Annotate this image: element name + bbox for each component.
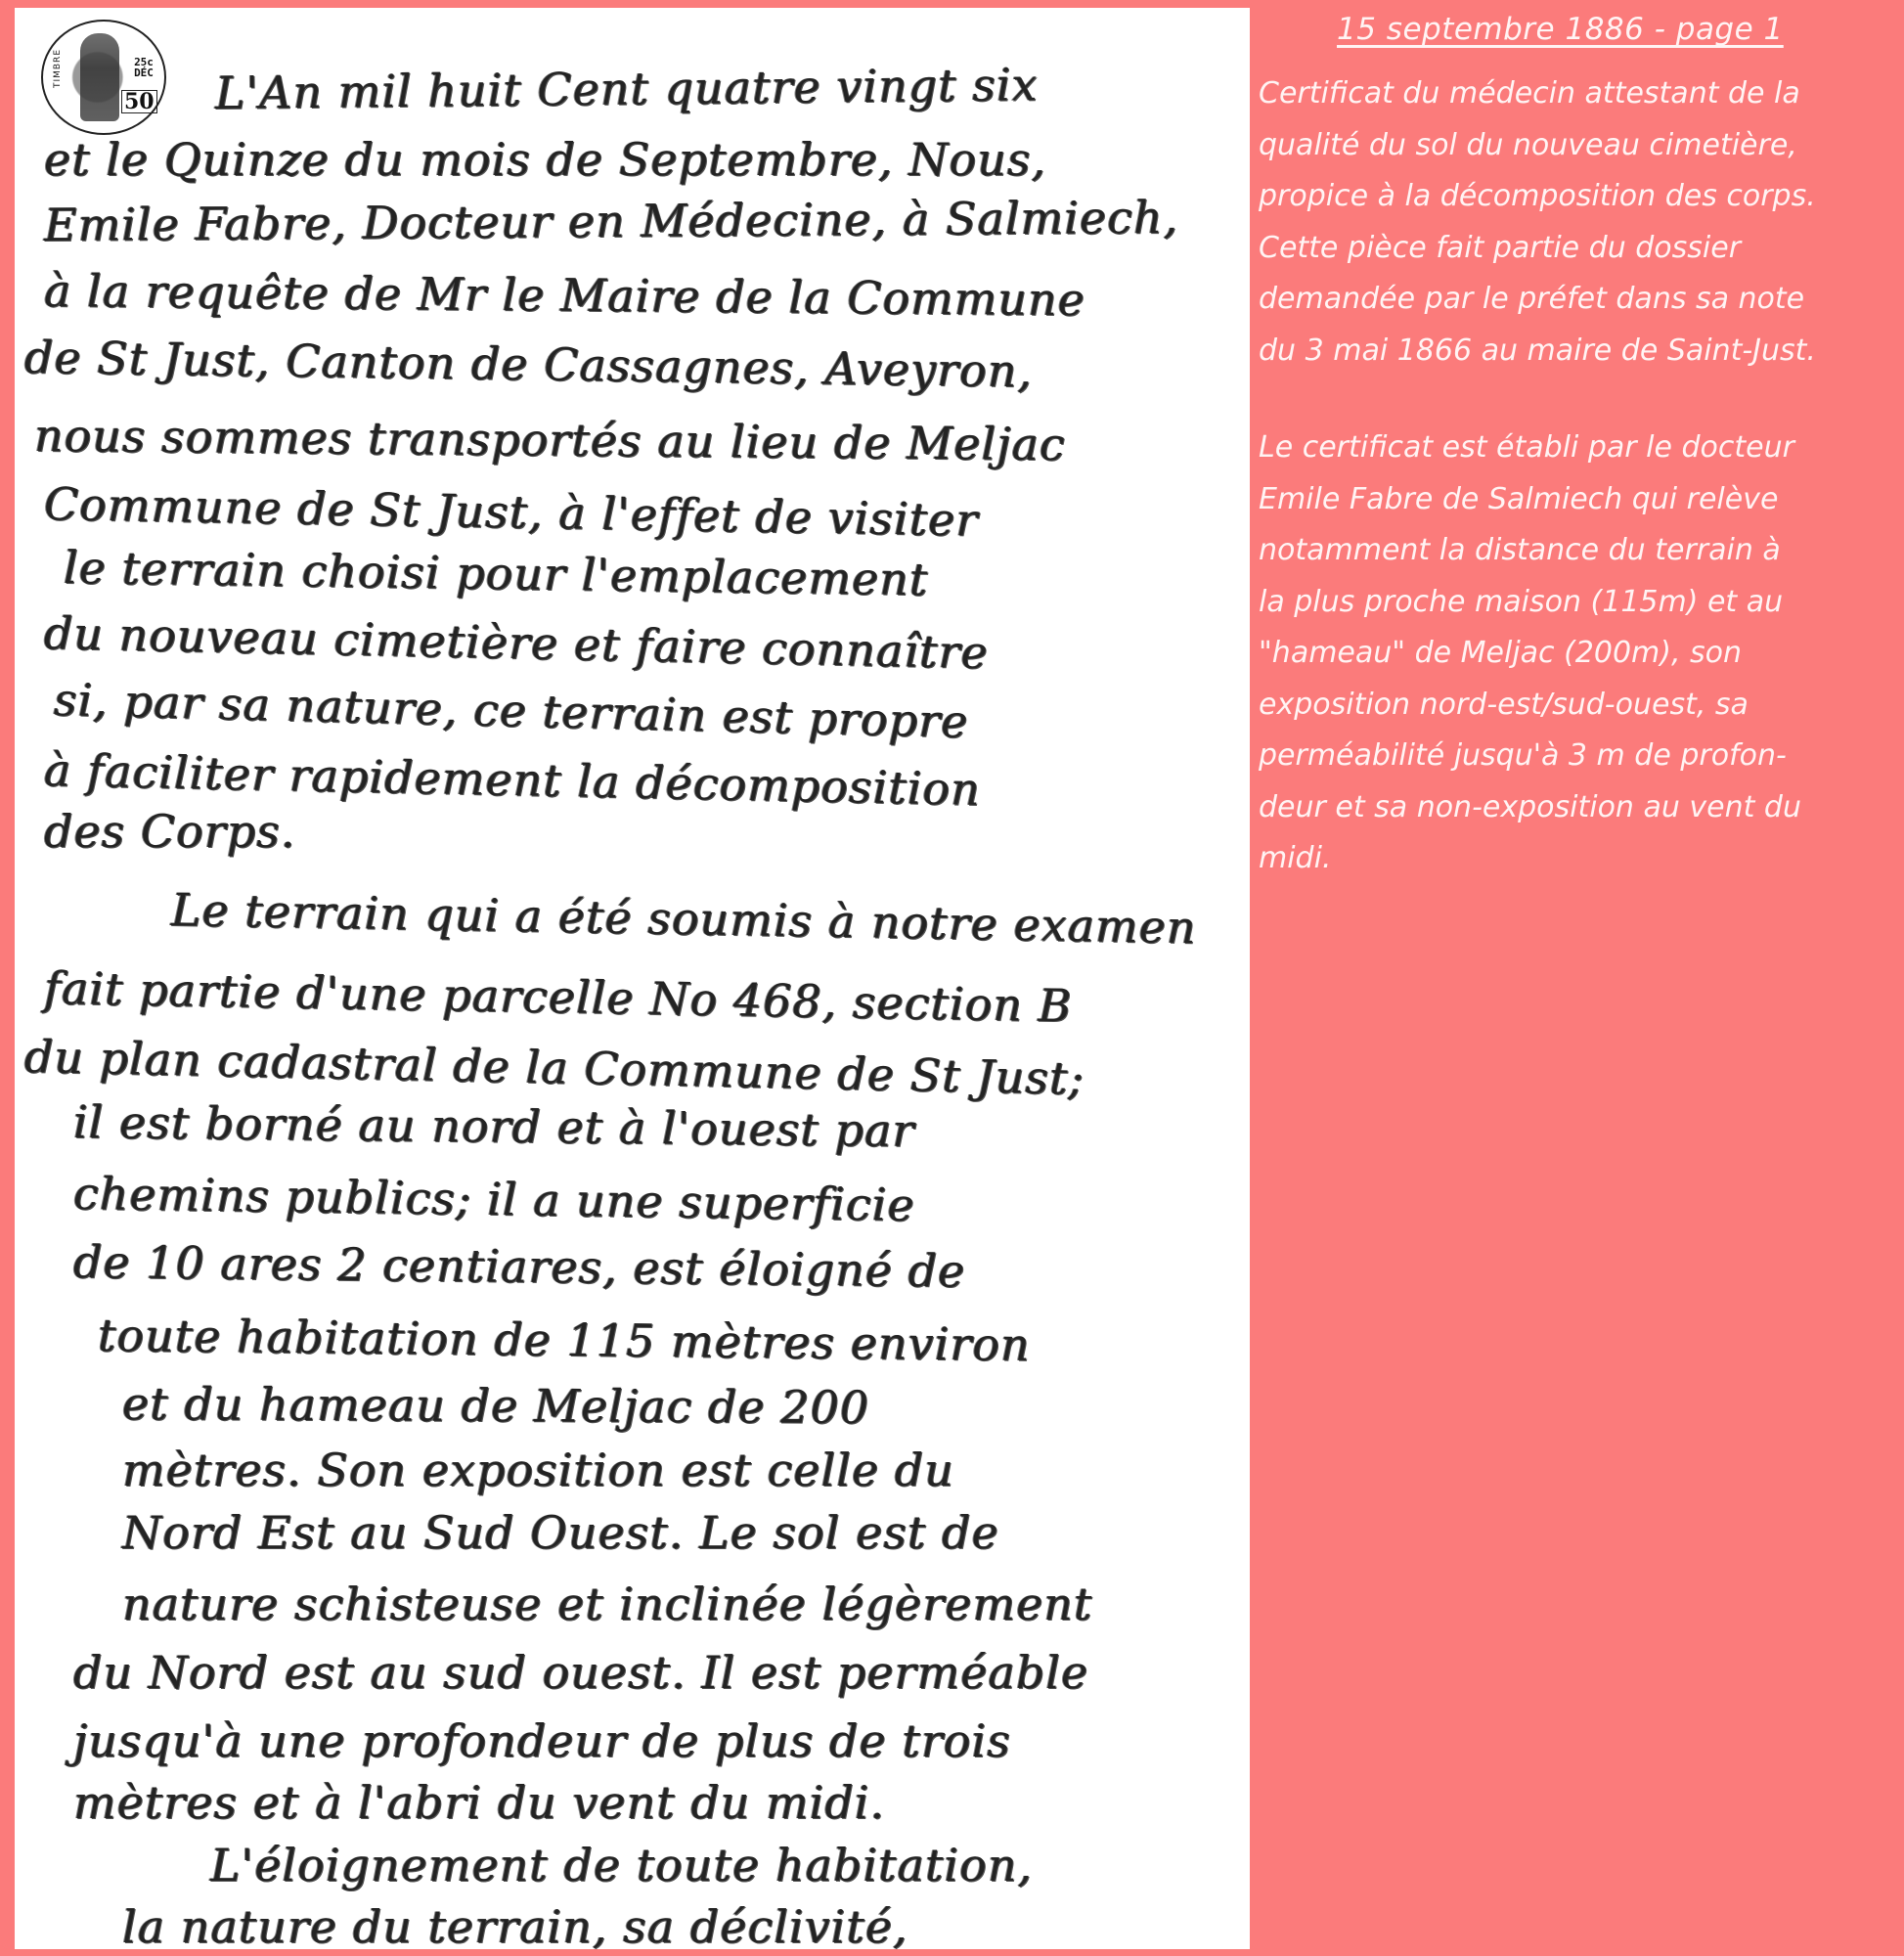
handwritten-line: nous sommes transportés au lieu de Melja… — [34, 409, 1066, 470]
description-line: Le certificat est établi par le docteur — [1259, 422, 1904, 474]
handwritten-line: du Nord est au sud ouest. Il est perméab… — [73, 1646, 1088, 1699]
description-line: Emile Fabre de Salmiech qui relève — [1259, 474, 1904, 526]
handwritten-line: et du hameau de Meljac de 200 — [122, 1377, 869, 1434]
handwritten-line: du nouveau cimetière et faire connaître — [43, 606, 989, 679]
handwritten-line: la nature du terrain, sa déclivité, — [122, 1900, 908, 1949]
handwritten-line: de 10 ares 2 centiares, est éloigné de — [73, 1235, 966, 1298]
description-line: Cette pièce fait partie du dossier — [1259, 223, 1904, 275]
description-line: exposition nord-est/sud-ouest, sa — [1259, 680, 1904, 732]
description-line: du 3 mai 1866 au maire de Saint-Just. — [1259, 326, 1904, 378]
description-paragraph-2: Le certificat est établi par le docteur … — [1259, 422, 1904, 885]
handwritten-line: à la requête de Mr le Maire de la Commun… — [44, 264, 1085, 326]
handwritten-line: mètres. Son exposition est celle du — [122, 1444, 954, 1496]
handwritten-text: L'An mil huit Cent quatre vingt six et l… — [15, 8, 1250, 1949]
description-line: midi. — [1259, 833, 1904, 885]
scanned-document: TIMBRE 25c DÉC 50 L'An mil huit Cent qua… — [15, 8, 1250, 1949]
description-line: deur et sa non-exposition au vent du — [1259, 782, 1904, 834]
handwritten-line: L'éloignement de toute habitation, — [210, 1839, 1033, 1891]
handwritten-line: si, par sa nature, ce terrain est propre — [53, 673, 969, 748]
description-line: qualité du sol du nouveau cimetière, — [1259, 120, 1904, 172]
description-line: notamment la distance du terrain à — [1259, 525, 1904, 577]
handwritten-line: jusqu'à une profondeur de plus de trois — [73, 1714, 1011, 1767]
description-line: demandée par le préfet dans sa note — [1259, 274, 1904, 326]
handwritten-line: fait partie d'une parcelle No 468, secti… — [44, 961, 1073, 1032]
description-line: "hameau" de Meljac (200m), son — [1259, 628, 1904, 680]
description-line: la plus proche maison (115m) et au — [1259, 577, 1904, 629]
handwritten-line: Nord Est au Sud Ouest. Le sol est de — [122, 1506, 999, 1559]
annotation-panel: 15 septembre 1886 - page 1 Certificat du… — [1255, 0, 1904, 1956]
handwritten-line: et le Quinze du mois de Septembre, Nous, — [44, 133, 1046, 186]
description-line: propice à la décomposition des corps. — [1259, 171, 1904, 223]
handwritten-line: mètres et à l'abri du vent du midi. — [73, 1776, 885, 1829]
handwritten-line: des Corps. — [44, 805, 295, 858]
handwritten-line: Commune de St Just, à l'effet de visiter — [44, 477, 979, 547]
handwritten-line: Le terrain qui a été soumis à notre exam… — [171, 883, 1197, 954]
handwritten-line: il est borné au nord et à l'ouest par — [73, 1095, 915, 1157]
description-paragraph-1: Certificat du médecin attestant de la qu… — [1259, 68, 1904, 377]
handwritten-line: Emile Fabre, Docteur en Médecine, à Salm… — [44, 191, 1179, 251]
handwritten-line: de St Just, Canton de Cassagnes, Aveyron… — [24, 331, 1034, 397]
handwritten-line: L'An mil huit Cent quatre vingt six — [215, 58, 1039, 119]
handwritten-line: chemins publics; il a une superficie — [73, 1167, 915, 1231]
handwritten-line: le terrain choisi pour l'emplacement — [64, 541, 929, 605]
description-line: Certificat du médecin attestant de la — [1259, 68, 1904, 120]
description-line: perméabilité jusqu'à 3 m de profon- — [1259, 731, 1904, 782]
handwritten-line: toute habitation de 115 mètres environ — [98, 1309, 1031, 1371]
handwritten-line: nature schisteuse et inclinée légèrement — [122, 1578, 1092, 1630]
page-title: 15 septembre 1886 - page 1 — [1337, 12, 1784, 47]
handwritten-line: du plan cadastral de la Commune de St Ju… — [23, 1030, 1085, 1105]
